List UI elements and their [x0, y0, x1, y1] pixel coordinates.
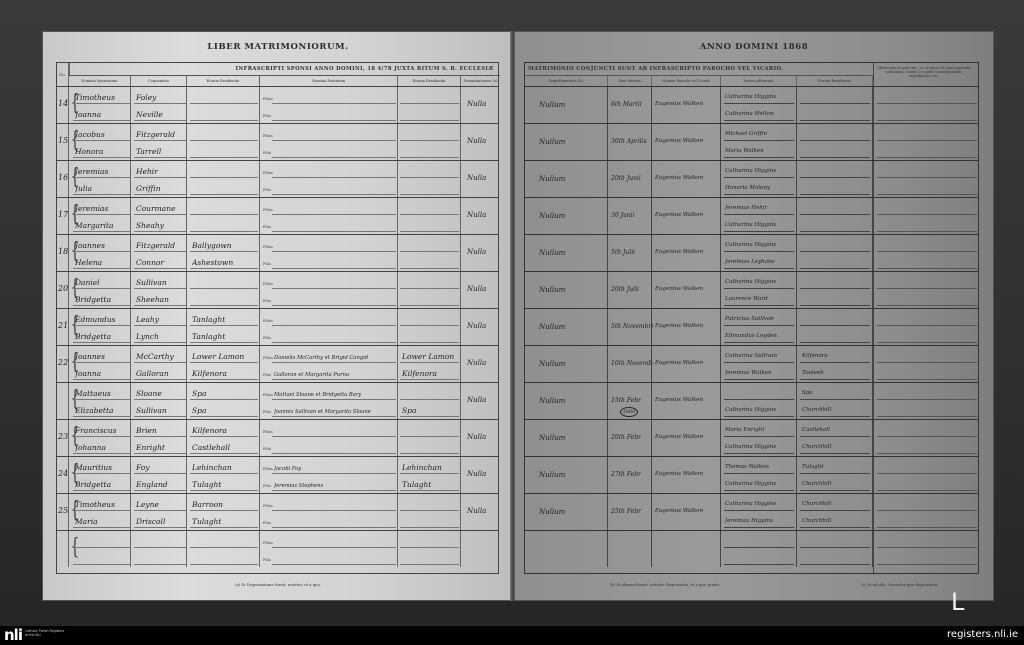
ruled-line — [190, 510, 258, 511]
celebration-cell — [873, 383, 980, 419]
ruled-line — [877, 194, 977, 195]
celebration-cell — [721, 420, 797, 456]
priest-entry: Eugenius Walken — [655, 508, 721, 514]
ruled-line — [877, 453, 977, 454]
ruled-line — [877, 103, 977, 104]
surnames-entry: Enright — [136, 443, 188, 452]
ruled-line — [272, 379, 396, 380]
ruled-line — [800, 305, 870, 306]
surnames-entry: Sheehan — [136, 295, 188, 304]
ruled-line — [877, 325, 977, 326]
names-entry: Jeremias — [75, 167, 133, 176]
col-header: Dies Mensis — [608, 75, 652, 86]
celebration-cell — [525, 235, 608, 271]
ruled-line — [134, 473, 186, 474]
impediment-entry: Nullum — [539, 101, 565, 109]
ruled-line — [190, 490, 258, 491]
ruled-line — [73, 325, 131, 326]
date-entry: 5th Julii — [611, 249, 653, 256]
ruled-line — [400, 564, 459, 565]
col-header: Eorum Residentia — [797, 75, 873, 86]
celebration-cell — [797, 383, 873, 419]
date-entry: 20th Febr — [611, 434, 653, 441]
ruled-line — [800, 120, 870, 121]
celebration-cell — [873, 420, 980, 456]
ruled-line — [800, 177, 870, 178]
ruled-line — [400, 251, 459, 252]
register-cell — [260, 235, 398, 271]
names-entry: Joannes — [75, 241, 133, 250]
priest-entry: Eugenius Walken — [655, 101, 721, 107]
ruled-line — [724, 453, 794, 454]
ruled-line — [400, 490, 459, 491]
residence-entry: Ashestown — [192, 258, 260, 267]
row-number: 18 — [58, 247, 68, 256]
ruled-line — [800, 527, 870, 528]
parents-entry: Galloran et Margarita Purna — [274, 372, 398, 378]
ruled-line — [190, 342, 258, 343]
ruled-line — [724, 527, 794, 528]
witness-entry: Jeremias Higgins — [725, 518, 795, 524]
ruled-line — [724, 564, 794, 565]
row-number-cell: 23 — [57, 420, 69, 456]
right-footnote-right: (c) Si ad ullo, Sacerdos quo dispensatur… — [815, 582, 985, 587]
celebration-row: Nullum27th FebrEugenius WalkenThomas Wal… — [525, 456, 978, 493]
celebration-row: Nullum25th FebrEugenius WalkenCatharina … — [525, 493, 978, 530]
witness-entry: Catharina Higgins — [725, 501, 795, 507]
ruled-line — [134, 157, 186, 158]
celebration-cell — [797, 272, 873, 308]
register-cell — [260, 309, 398, 345]
ruled-line — [134, 416, 186, 417]
priest-entry: Eugenius Walken — [655, 212, 721, 218]
ruled-line — [134, 379, 186, 380]
register-cell — [187, 161, 260, 197]
register-cell — [187, 198, 260, 234]
register-cell — [187, 531, 260, 567]
ruled-line — [73, 157, 131, 158]
ruled-line — [877, 510, 977, 511]
row-number-cell: 24 — [57, 457, 69, 493]
surnames-entry: Foy — [136, 463, 188, 472]
ruled-line — [724, 399, 794, 400]
ruled-line — [800, 325, 870, 326]
ruled-line — [400, 362, 459, 363]
celebration-cell — [797, 124, 873, 160]
ruled-line — [73, 564, 131, 565]
ruled-line — [877, 399, 977, 400]
ruled-line — [400, 288, 459, 289]
impediment-entry: Nullum — [539, 471, 565, 479]
surnames-entry: Tarrell — [136, 147, 188, 156]
right-banner: MATRIMONIO CONJUNCTI SUNT AB INFRASCRIPT… — [528, 63, 873, 75]
left-page-title: LIBER MATRIMONIORUM. — [43, 42, 513, 52]
ruled-line — [190, 177, 258, 178]
filia-label: Filia — [263, 299, 271, 303]
banns-entry: Nulla — [467, 285, 486, 293]
surnames-entry: Brien — [136, 426, 188, 435]
ruled-line — [272, 214, 396, 215]
witness-entry: Catharina Higgins — [725, 407, 795, 413]
surnames-entry: McCarthy — [136, 352, 188, 361]
row-number-cell: 18 — [57, 235, 69, 271]
register-cell — [398, 124, 461, 160]
row-number: 22 — [58, 358, 68, 367]
ruled-line — [190, 268, 258, 269]
residence-entry: Kilfenora — [192, 369, 260, 378]
nli-logo-subtitle: Catholic Parish Registers at the NLI — [25, 629, 65, 637]
register-cell — [260, 494, 398, 530]
ruled-line — [73, 379, 131, 380]
ruled-line — [190, 564, 258, 565]
celebration-row: Nullum5th JuliiEugenius WalkenCatharina … — [525, 234, 978, 271]
celebration-cell — [525, 87, 608, 123]
banns-entry: Nulla — [467, 396, 486, 404]
witness-entry: Honoria Malony — [725, 185, 795, 191]
witness-entry: Jeremias Hehir — [725, 205, 795, 211]
parents-residence-entry: Lehinchan — [402, 463, 461, 472]
celebration-cell — [525, 124, 608, 160]
surnames-entry: Sloane — [136, 389, 188, 398]
witness-entry: Catharina Higgins — [725, 279, 795, 285]
banns-entry: Nulla — [467, 433, 486, 441]
ruled-line — [73, 362, 131, 363]
ruled-line — [800, 510, 870, 511]
ruled-line — [134, 453, 186, 454]
register-row: 24{MauritiusBridgettaFoyEnglandLehinchan… — [57, 456, 498, 493]
register-cell — [398, 198, 461, 234]
ruled-line — [800, 251, 870, 252]
witness-residence-entry: Castlehall — [802, 427, 872, 433]
ruled-line — [724, 194, 794, 195]
register-row: 16{JeremiasJuliaHehirGriffinFiliusFiliaN… — [57, 160, 498, 197]
celebration-cell — [721, 272, 797, 308]
ruled-line — [400, 527, 459, 528]
ruled-line — [724, 510, 794, 511]
celebration-cell — [873, 87, 980, 123]
names-entry: Elizabetta — [75, 406, 133, 415]
ruled-line — [272, 362, 396, 363]
date-entry: 15th Febr — [611, 397, 653, 404]
surnames-entry: Sullivan — [136, 406, 188, 415]
priest-entry: Eugenius Walken — [655, 175, 721, 181]
surnames-entry: Fitzgerald — [136, 130, 188, 139]
ruled-line — [400, 214, 459, 215]
witness-entry: Catharina Higgins — [725, 168, 795, 174]
ruled-line — [73, 342, 131, 343]
ruled-line — [134, 120, 186, 121]
ruled-line — [73, 510, 131, 511]
filia-label: Filia — [263, 447, 271, 451]
ruled-line — [724, 325, 794, 326]
row-number-cell: 17 — [57, 198, 69, 234]
ruled-line — [800, 379, 870, 380]
date-entry: 25th Febr — [611, 508, 653, 515]
ruled-line — [800, 342, 870, 343]
ruled-line — [272, 416, 396, 417]
witness-residence-entry: Tulaght — [802, 464, 872, 470]
ruled-line — [190, 527, 258, 528]
celebration-cell — [797, 235, 873, 271]
site-link[interactable]: registers.nli.ie — [947, 629, 1018, 640]
ruled-line — [724, 342, 794, 343]
register-cell — [187, 272, 260, 308]
ruled-line — [272, 547, 396, 548]
ruled-line — [272, 342, 396, 343]
ruled-line — [877, 342, 977, 343]
surnames-entry: Courmane — [136, 204, 188, 213]
register-row: 22{JoannesJoannaMcCarthyGalloranLower La… — [57, 345, 498, 382]
ruled-line — [134, 490, 186, 491]
ruled-line — [190, 325, 258, 326]
names-entry: Johanna — [75, 443, 133, 452]
ruled-line — [400, 399, 459, 400]
ruled-line — [134, 177, 186, 178]
witness-entry: Jeremias Leyhane — [725, 259, 795, 265]
parents-residence-entry: Kilfenora — [402, 369, 461, 378]
celebration-cell — [608, 531, 652, 567]
witness-entry: Thomas Walken — [725, 464, 795, 470]
ruled-line — [877, 268, 977, 269]
ruled-line — [73, 416, 131, 417]
surnames-entry: Leahy — [136, 315, 188, 324]
ruled-line — [134, 194, 186, 195]
register-row: 17{JeremiasMargaritaCourmaneSheahyFilius… — [57, 197, 498, 234]
filia-label: Filia — [263, 188, 271, 192]
ruled-line — [272, 305, 396, 306]
register-row: 20{DanielBridgettaSullivanSheehanFiliusF… — [57, 271, 498, 308]
ruled-line — [724, 251, 794, 252]
ruled-line — [400, 436, 459, 437]
col-header: Nomen Parochi vel Vicarii — [652, 75, 721, 86]
ruled-line — [272, 194, 396, 195]
residence-entry: Barroon — [192, 500, 260, 509]
witness-entry: Catharina Higgins — [725, 94, 795, 100]
residence-entry: Lower Lamon — [192, 352, 260, 361]
impediment-entry: Nullum — [539, 323, 565, 331]
names-entry: Jeremias — [75, 204, 133, 213]
celebration-cell — [797, 198, 873, 234]
ruled-line — [134, 140, 186, 141]
celebration-cell — [873, 531, 980, 567]
surnames-entry: Galloran — [136, 369, 188, 378]
witness-residence-entry: Spa — [802, 390, 872, 396]
surnames-entry: Hehir — [136, 167, 188, 176]
residence-entry: Kilfenora — [192, 426, 260, 435]
names-entry: Edmundus — [75, 315, 133, 324]
ruled-line — [134, 103, 186, 104]
residence-entry: Castlehall — [192, 443, 260, 452]
ruled-line — [877, 305, 977, 306]
year-stamp: 1868 — [620, 407, 638, 417]
ruled-line — [800, 157, 870, 158]
ruled-line — [400, 103, 459, 104]
celebration-cell — [797, 346, 873, 382]
ruled-line — [877, 140, 977, 141]
footer-bar: nli Catholic Parish Registers at the NLI… — [0, 626, 1024, 645]
register-cell — [398, 494, 461, 530]
register-cell — [260, 531, 398, 567]
ruled-line — [724, 305, 794, 306]
celebration-cell — [721, 457, 797, 493]
register-row: 15{JacobusHonoraFitzgeraldTarrellFiliusF… — [57, 123, 498, 160]
witness-residence-entry: Tooleeb — [802, 370, 872, 376]
brace-glyph: { — [71, 537, 79, 559]
celebration-cell — [525, 383, 608, 419]
ruled-line — [272, 564, 396, 565]
register-cell — [131, 531, 187, 567]
register-cell — [398, 235, 461, 271]
names-entry: Mauritius — [75, 463, 133, 472]
ruled-line — [190, 157, 258, 158]
celebration-row: Nullum10th NovembrisEugenius WalkenCatha… — [525, 345, 978, 382]
ruled-line — [877, 527, 977, 528]
celebration-cell — [721, 346, 797, 382]
filia-label: Filia — [263, 225, 271, 229]
ruled-line — [400, 379, 459, 380]
ruled-line — [800, 214, 870, 215]
row-number-cell: 20 — [57, 272, 69, 308]
parents-entry: Joannis Sullivan et Margarita Sloane — [274, 409, 398, 415]
witness-entry: Catharina Sullivan — [725, 353, 795, 359]
ruled-line — [877, 362, 977, 363]
ruled-line — [400, 194, 459, 195]
nli-logo[interactable]: nli — [4, 627, 22, 644]
ruled-line — [73, 231, 131, 232]
celebration-row: Nullum30th AprilisEugenius WalkenMichael… — [525, 123, 978, 160]
ruled-line — [134, 436, 186, 437]
ruled-line — [73, 194, 131, 195]
ruled-line — [400, 305, 459, 306]
witness-entry: Jeremias Walken — [725, 370, 795, 376]
ruled-line — [800, 453, 870, 454]
ruled-line — [724, 490, 794, 491]
ruled-line — [272, 399, 396, 400]
witness-residence-entry: Kilfenora — [802, 353, 872, 359]
right-page: ANNO DOMINI 1868 MATRIMONIO CONJUNCTI SU… — [514, 31, 994, 601]
register-cell — [260, 87, 398, 123]
celebration-row: Nullum30 JuniiEugenius WalkenJeremias He… — [525, 197, 978, 234]
row-number: 21 — [58, 321, 68, 330]
ruled-line — [800, 436, 870, 437]
ruled-line — [272, 268, 396, 269]
names-entry: Bridgetta — [75, 295, 133, 304]
ruled-line — [190, 362, 258, 363]
celebration-cell — [721, 161, 797, 197]
celebration-cell — [525, 457, 608, 493]
register-cell — [260, 124, 398, 160]
col-header: Impedimentum (b) — [525, 75, 608, 86]
row-number-cell: 16 — [57, 161, 69, 197]
col-header: Cognomina — [131, 75, 187, 86]
surnames-entry: England — [136, 480, 188, 489]
celebration-cell — [525, 420, 608, 456]
witness-residence-entry: Churchhill — [802, 501, 872, 507]
priest-entry: Eugenius Walken — [655, 138, 721, 144]
residence-entry: Ballygown — [192, 241, 260, 250]
residence-entry: Lehinchan — [192, 463, 260, 472]
celebration-row: Nullum15th FebrEugenius WalkenSpaCathari… — [525, 382, 978, 419]
ruled-line — [190, 453, 258, 454]
ruled-line — [272, 490, 396, 491]
ruled-line — [272, 453, 396, 454]
celebration-cell — [873, 494, 980, 530]
ruled-line — [190, 140, 258, 141]
row-number: 17 — [58, 210, 68, 219]
witness-entry: Patricius Sullivan — [725, 316, 795, 322]
witness-residence-entry: Churchhill — [802, 481, 872, 487]
filia-label: Filia — [263, 558, 271, 562]
celebration-cell — [721, 494, 797, 530]
names-entry: Joanna — [75, 369, 133, 378]
ruled-line — [724, 103, 794, 104]
ruled-line — [73, 453, 131, 454]
ruled-line — [73, 547, 131, 548]
surnames-entry: Driscoll — [136, 517, 188, 526]
impediment-entry: Nullum — [539, 397, 565, 405]
left-banner: INFRASCRIPTI SPONSI ANNO DOMINI, 18 4/78… — [69, 63, 498, 75]
register-cell — [260, 161, 398, 197]
priest-entry: Eugenius Walken — [655, 249, 721, 255]
celebration-cell — [873, 309, 980, 345]
ruled-line — [272, 103, 396, 104]
register-cell — [398, 272, 461, 308]
ruled-line — [800, 140, 870, 141]
register-cell — [260, 198, 398, 234]
filius-label: Filius — [263, 245, 273, 249]
celebration-row: Nullum6th MartiiEugenius WalkenCatharina… — [525, 86, 978, 123]
filius-label: Filius — [263, 430, 273, 434]
marriage-register-table: INFRASCRIPTI SPONSI ANNO DOMINI, 18 4/78… — [56, 62, 499, 574]
ruled-line — [73, 473, 131, 474]
ruled-line — [190, 103, 258, 104]
surnames-entry: Fitzgerald — [136, 241, 188, 250]
parents-entry: Jeremias Stephens — [274, 483, 398, 489]
row-number: 24 — [58, 469, 68, 478]
witness-entry: Catharina Higgins — [725, 444, 795, 450]
ruled-line — [800, 362, 870, 363]
ruled-line — [877, 120, 977, 121]
ruled-line — [877, 473, 977, 474]
left-footnote: (a) Si Dispensatione fuerit, notetur, et… — [43, 582, 513, 587]
ruled-line — [877, 214, 977, 215]
ruled-line — [800, 231, 870, 232]
date-entry: 27th Febr — [611, 471, 653, 478]
names-entry: Timotheus — [75, 500, 133, 509]
parents-residence-entry: Lower Lamon — [402, 352, 461, 361]
surnames-entry: Lynch — [136, 332, 188, 341]
register-cell — [187, 124, 260, 160]
celebration-cell — [797, 420, 873, 456]
row-number-cell — [57, 531, 69, 567]
celebration-cell — [873, 457, 980, 493]
names-entry: Joanna — [75, 110, 133, 119]
row-number-cell: 21 — [57, 309, 69, 345]
page-marker: L — [951, 588, 964, 616]
ruled-line — [73, 399, 131, 400]
ruled-line — [73, 214, 131, 215]
col-header: Testes adfuerunt — [721, 75, 797, 86]
col-header: Nomina Parentum — [260, 75, 398, 86]
names-entry: Julia — [75, 184, 133, 193]
ruled-line — [724, 288, 794, 289]
ruled-line — [724, 379, 794, 380]
celebration-row: Nullum20th JuniiEugenius WalkenCatharina… — [525, 160, 978, 197]
filia-label: Filia — [263, 484, 271, 488]
date-entry: 20th Junii — [611, 175, 653, 182]
row-number: 25 — [58, 506, 68, 515]
impediment-entry: Nullum — [539, 360, 565, 368]
